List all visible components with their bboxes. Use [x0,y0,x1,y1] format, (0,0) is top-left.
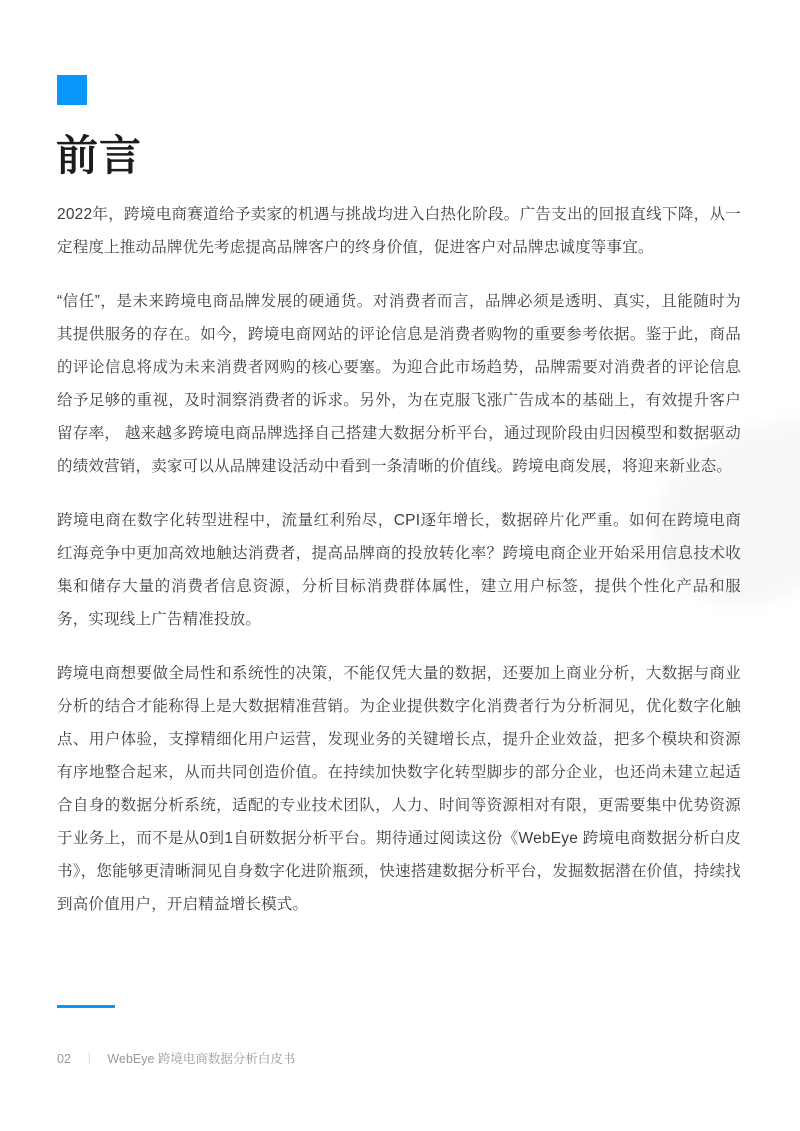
body-text: 2022年，跨境电商赛道给予卖家的机遇与挑战均进入白热化阶段。广告支出的回报直线… [57,198,741,942]
footer-doc-title: WebEye 跨境电商数据分析白皮书 [107,1050,295,1068]
section-marker-square [57,75,87,105]
page-title: 前言 [56,132,142,180]
body-paragraph: 跨境电商在数字化转型进程中，流量红利殆尽，CPI逐年增长，数据碎片化严重。如何在… [57,504,741,636]
footer-accent-rule [57,1005,115,1008]
page-footer: 02 ｜ WebEye 跨境电商数据分析白皮书 [57,1050,295,1068]
body-paragraph: 2022年，跨境电商赛道给予卖家的机遇与挑战均进入白热化阶段。广告支出的回报直线… [57,198,741,264]
body-paragraph: 跨境电商想要做全局性和系统性的决策，不能仅凭大量的数据，还要加上商业分析，大数据… [57,657,741,921]
page-number: 02 [57,1050,71,1068]
body-paragraph: “信任”，是未来跨境电商品牌发展的硬通货。对消费者而言，品牌必须是透明、真实，且… [57,285,741,483]
footer-separator: ｜ [83,1050,96,1068]
document-page: 前言 2022年，跨境电商赛道给予卖家的机遇与挑战均进入白热化阶段。广告支出的回… [0,0,800,1131]
